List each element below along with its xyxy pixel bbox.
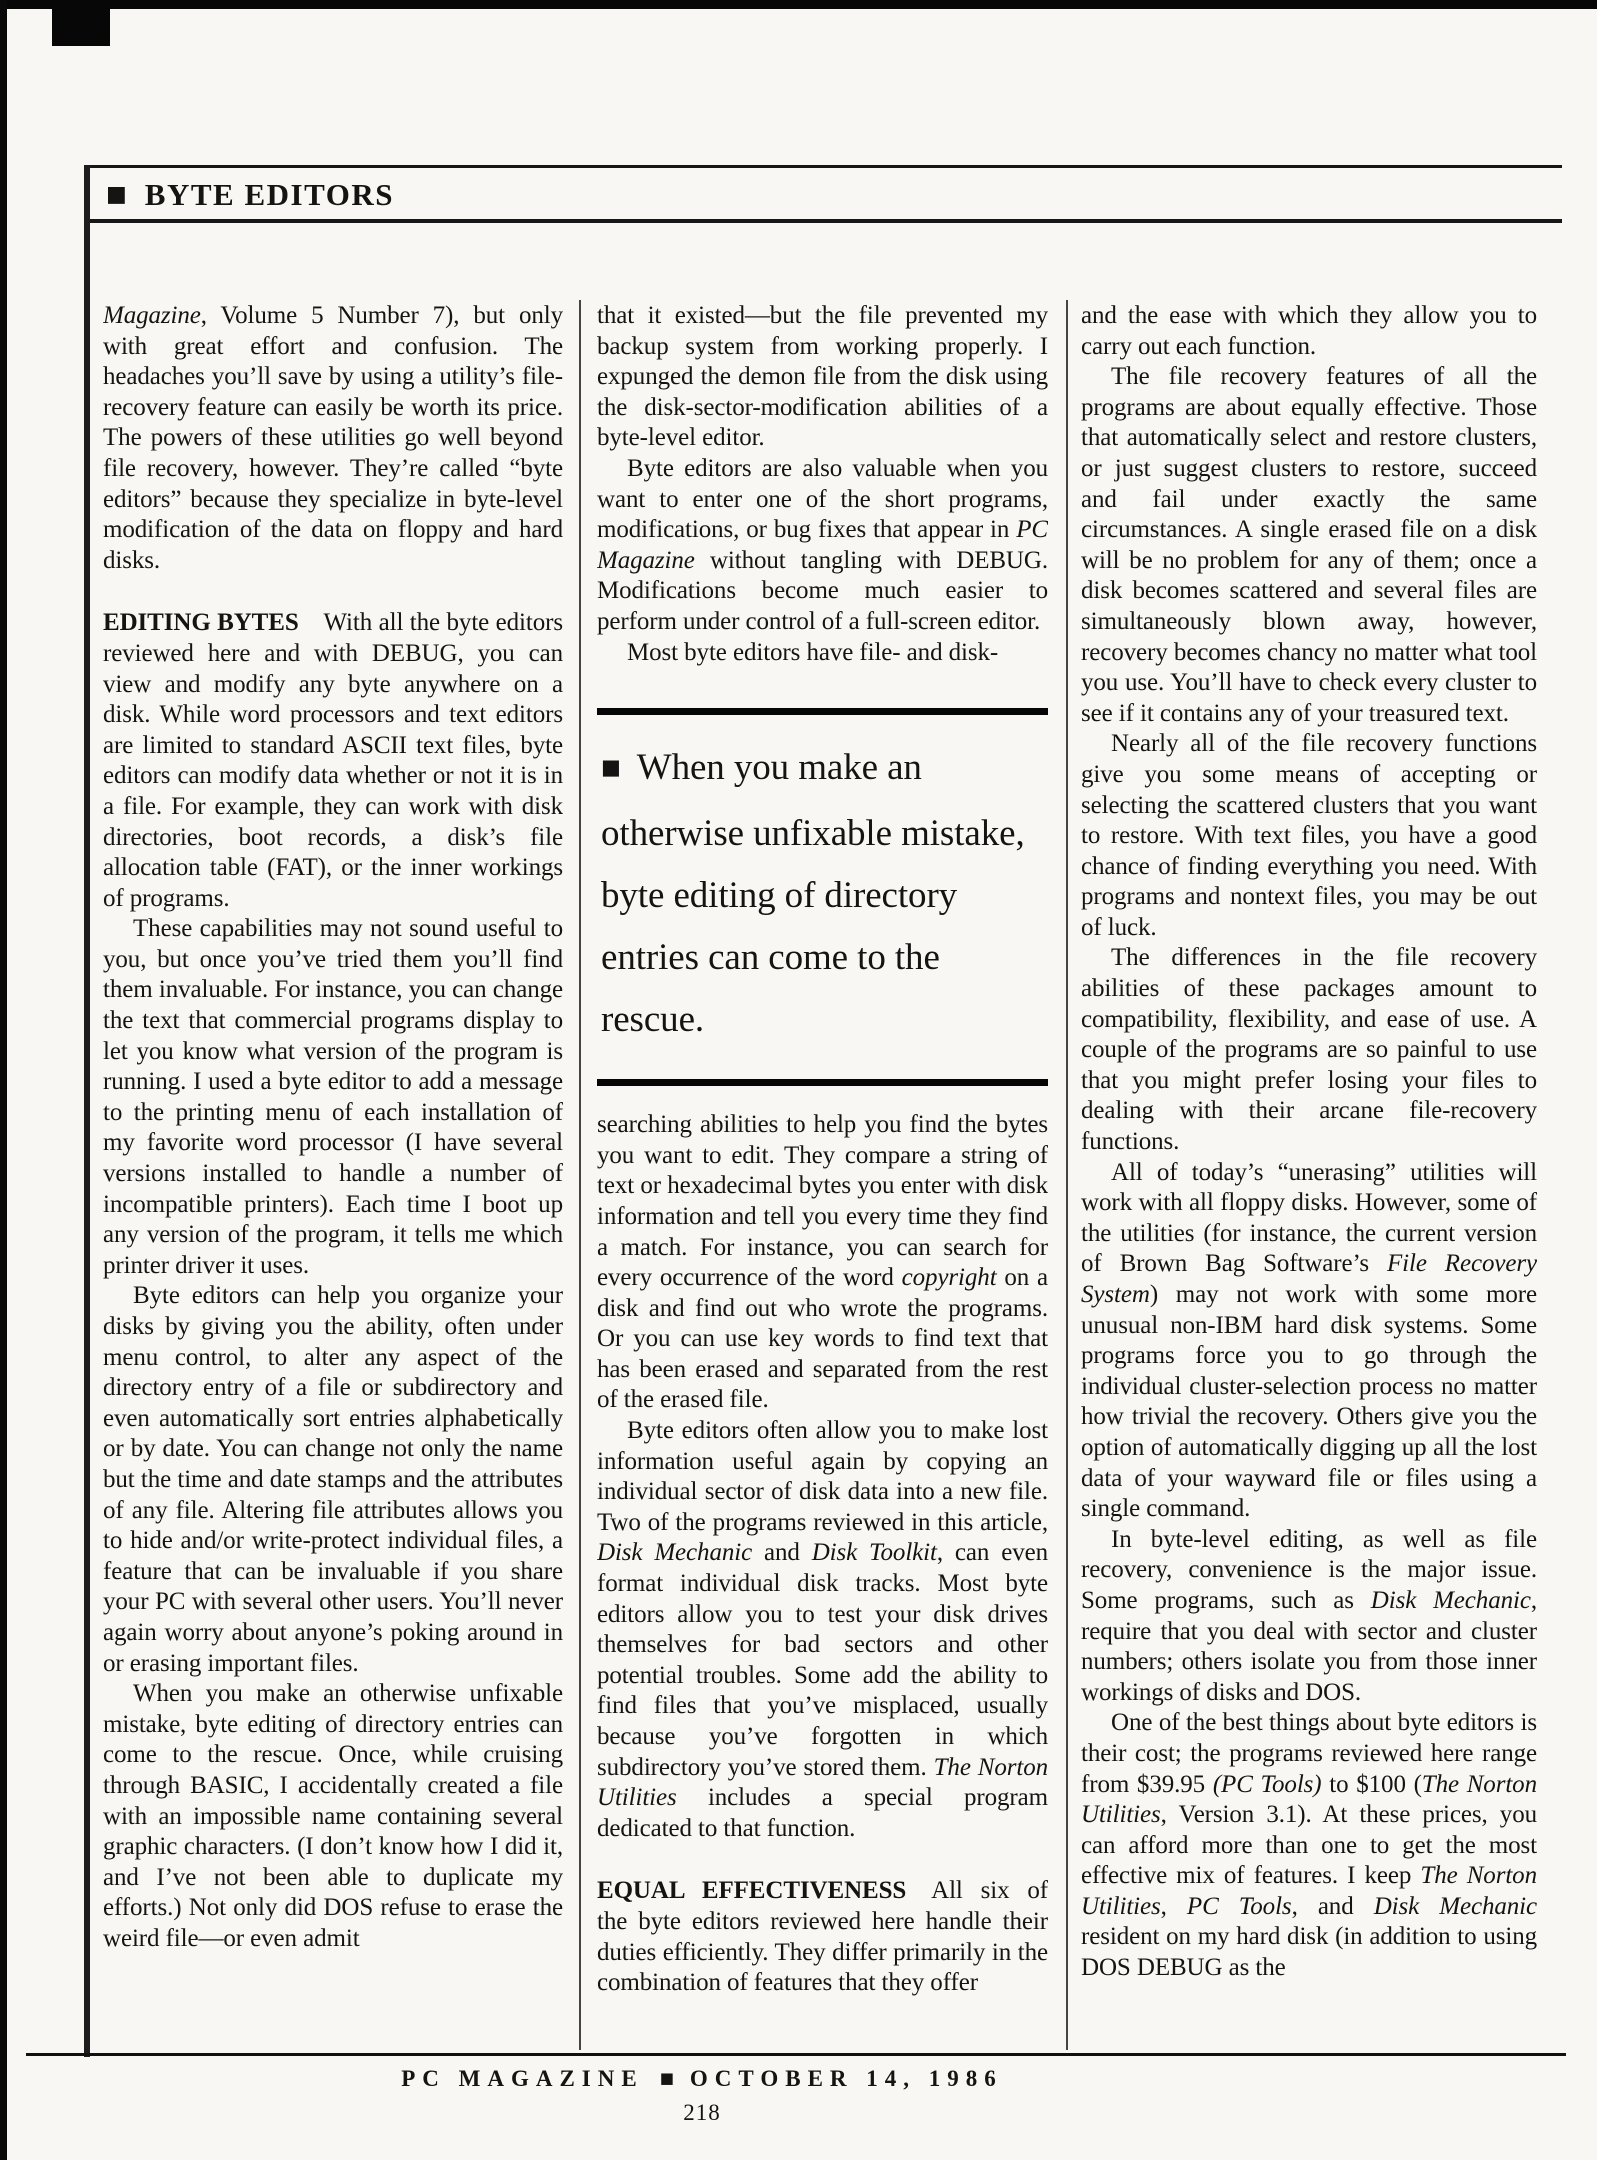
paragraph: searching abilities to help you find the… [597, 1110, 1048, 1416]
paragraph: All of today’s “unerasing” utilities wil… [1081, 1158, 1537, 1525]
pull-quote-bottom-rule [597, 1079, 1048, 1086]
paragraph: EDITING BYTES With all the byte editors … [103, 608, 563, 914]
scan-artifact-left-edge [0, 0, 7, 2160]
column-divider-rule [579, 300, 581, 2050]
footer-date: OCTOBER 14, 1986 [690, 2066, 1003, 2091]
pull-quote: ■When you make an otherwise unfixable mi… [597, 708, 1048, 1086]
article-header: ■ BYTE EDITORS [106, 172, 394, 218]
article-left-rule [84, 165, 90, 2057]
footer-magazine: PC MAGAZINE [401, 2066, 643, 2091]
paragraph: Nearly all of the file recovery function… [1081, 729, 1537, 943]
paragraph: One of the best things about byte editor… [1081, 1708, 1537, 1983]
paragraph: The differences in the file recovery abi… [1081, 943, 1537, 1157]
article-title: BYTE EDITORS [145, 177, 394, 213]
column-3: and the ease with which they allow you t… [1081, 301, 1537, 2053]
paragraph: that it existed—but the file prevented m… [597, 301, 1048, 454]
pull-quote-top-rule [597, 708, 1048, 715]
footer: PC MAGAZINE■OCTOBER 14, 1986 [0, 2066, 1404, 2092]
column-2: that it existed—but the file prevented m… [597, 301, 1048, 2053]
paragraph: Magazine, Volume 5 Number 7), but only w… [103, 301, 563, 576]
paragraph: The file recovery features of all the pr… [1081, 362, 1537, 729]
page-number: 218 [0, 2100, 1404, 2126]
paragraph: and the ease with which they allow you t… [1081, 301, 1537, 362]
column-divider-rule [1066, 300, 1068, 2050]
square-bullet-icon: ■ [106, 184, 127, 206]
paragraph: These capabilities may not sound useful … [103, 914, 563, 1281]
paragraph: Byte editors are also valuable when you … [597, 454, 1048, 638]
paragraph: In byte-level editing, as well as file r… [1081, 1525, 1537, 1709]
pull-quote-body: ■When you make an otherwise unfixable mi… [597, 715, 1048, 1079]
magazine-page: ■ BYTE EDITORS Magazine, Volume 5 Number… [0, 0, 1597, 2160]
column-1: Magazine, Volume 5 Number 7), but only w… [103, 301, 563, 2053]
footer-rule [26, 2053, 1566, 2056]
paragraph: Byte editors can help you organize your … [103, 1281, 563, 1679]
scan-artifact-corner-blob [52, 0, 110, 46]
pull-quote-text: When you make an otherwise unfixable mis… [601, 747, 1025, 1040]
square-bullet-icon: ■ [660, 2069, 674, 2087]
square-bullet-icon: ■ [601, 755, 621, 779]
paragraph: When you make an otherwise unfixable mis… [103, 1679, 563, 1954]
paragraph: Most byte editors have file- and disk- [597, 638, 1048, 669]
paragraph: Byte editors often allow you to make los… [597, 1416, 1048, 1844]
header-top-rule [84, 165, 1562, 168]
header-bottom-rule [84, 219, 1562, 223]
scan-artifact-top-edge [0, 0, 1597, 9]
paragraph: EQUAL EFFECTIVENESS All six of the byte … [597, 1876, 1048, 1998]
